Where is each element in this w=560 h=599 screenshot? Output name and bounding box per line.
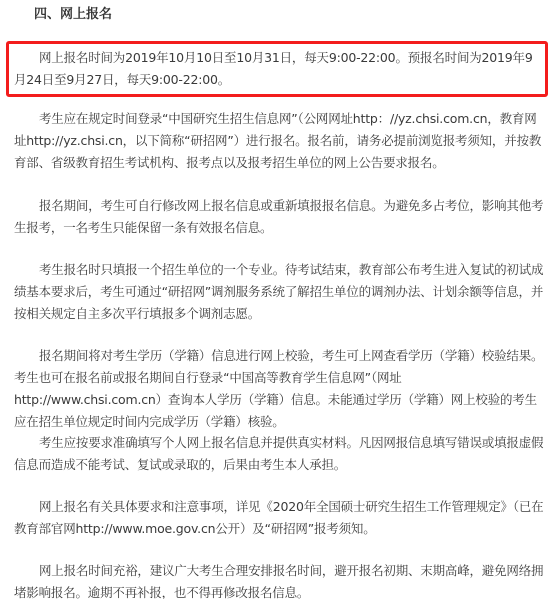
highlight-box: 网上报名时间为2019年10月10日至10月31日，每天9:00-22:00。预… (6, 41, 548, 97)
document-page: 四、网上报名 网上报名时间为2019年10月10日至10月31日，每天9:00-… (0, 0, 560, 599)
paragraph-login-instructions: 考生应在规定时间登录“中国研究生招生信息网”（公网网址http：//yz.chs… (14, 108, 546, 174)
registration-time-paragraph: 网上报名时间为2019年10月10日至10月31日，每天9:00-22:00。预… (14, 47, 542, 91)
paragraph-time-advice: 网上报名时间充裕，建议广大考生合理安排报名时间，避开报名初期、末期高峰，避免网络… (14, 560, 546, 599)
section-heading: 四、网上报名 (34, 5, 112, 25)
paragraph-requirements-reference: 网上报名有关具体要求和注意事项，详见《2020年全国硕士研究生招生工作管理规定》… (14, 496, 546, 540)
paragraph-modify-registration: 报名期间，考生可自行修改网上报名信息或重新填报报名信息。为避免多占考位，影响其他… (14, 195, 546, 239)
paragraph-education-verification: 报名期间将对考生学历（学籍）信息进行网上校验，考生可上网查看学历（学籍）校验结果… (14, 345, 546, 433)
paragraph-accurate-info: 考生应按要求准确填写个人网上报名信息并提供真实材料。凡因网报信息填写错误或填报虚… (14, 432, 546, 476)
paragraph-single-major: 考生报名时只填报一个招生单位的一个专业。待考试结束，教育部公布考生进入复试的初试… (14, 259, 546, 325)
